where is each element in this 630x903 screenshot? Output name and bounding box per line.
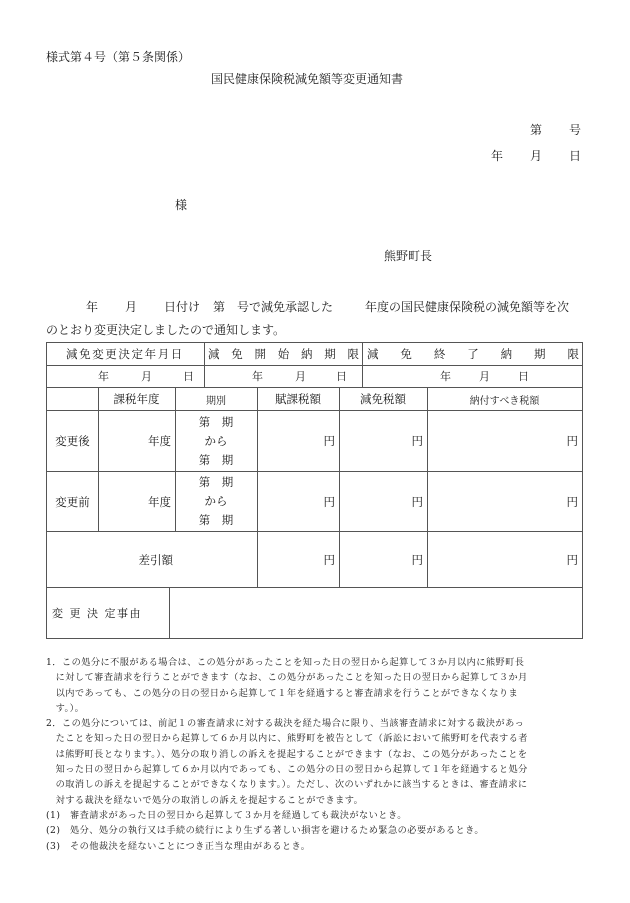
reduction-amount-field[interactable]: 円 bbox=[339, 472, 423, 531]
appeal-notes: 1．この処分に不服がある場合は、この処分があったことを知った日の翌日から起算して… bbox=[46, 655, 591, 854]
note-1: 1．この処分に不服がある場合は、この処分があったことを知った日の翌日から起算して… bbox=[46, 655, 591, 716]
tax-year-field[interactable]: 年度 bbox=[98, 411, 171, 471]
assessed-amount-field[interactable]: 円 bbox=[257, 411, 335, 471]
tax-year-field[interactable]: 年度 bbox=[98, 472, 171, 531]
reduction-difference-field[interactable]: 円 bbox=[339, 532, 423, 587]
date-year: 年 bbox=[491, 149, 503, 163]
row-label: 変更前 bbox=[47, 472, 98, 531]
date-month: 月 bbox=[530, 149, 542, 163]
header-end-period: 減免終了納期限 bbox=[367, 343, 579, 365]
difference-label: 差引額 bbox=[47, 532, 173, 587]
header-start-period: 減免開始納期限 bbox=[208, 343, 359, 365]
date-day: 日 bbox=[569, 149, 581, 163]
col-assessed: 賦課税額 bbox=[257, 388, 339, 410]
payable-difference-field[interactable]: 円 bbox=[427, 532, 578, 587]
installment-range-field[interactable]: 第 期から第 期 bbox=[175, 472, 257, 530]
document-title: 国民健康保険税減免額等変更通知書 bbox=[211, 72, 403, 86]
body-line-2: のとおり変更決定しましたので通知します。 bbox=[46, 323, 285, 337]
assessed-amount-field[interactable]: 円 bbox=[257, 472, 335, 531]
col-payable: 納付すべき税額 bbox=[427, 388, 582, 410]
col-installment: 期別 bbox=[175, 388, 257, 410]
assessed-difference-field[interactable]: 円 bbox=[257, 532, 335, 587]
col-reduction: 減免税額 bbox=[339, 388, 427, 410]
payable-amount-field[interactable]: 円 bbox=[427, 472, 578, 531]
condition-2: (2) 処分、処分の執行又は手続の続行により生ずる著しい損害を避けるため緊急の必… bbox=[46, 823, 591, 838]
header-decision-date: 減免変更決定年月日 bbox=[66, 343, 202, 365]
form-label: 様式第４号（第５条関係） bbox=[46, 50, 190, 64]
note-2: 2．この処分については、前記１の審査請求に対する裁決を経た場合に限り、当該審査請… bbox=[46, 716, 591, 808]
reduction-amount-field[interactable]: 円 bbox=[339, 411, 423, 471]
payable-amount-field[interactable]: 円 bbox=[427, 411, 578, 471]
installment-range-field[interactable]: 第 期から第 期 bbox=[175, 412, 257, 470]
col-tax-year: 課税年度 bbox=[98, 388, 175, 410]
addressee-suffix: 様 bbox=[175, 198, 187, 212]
reason-field[interactable] bbox=[170, 588, 582, 638]
condition-3: (3) その他裁決を経ないことにつき正当な理由があるとき。 bbox=[46, 839, 591, 854]
reason-label: 変 更 決 定事由 bbox=[52, 588, 168, 638]
issuer: 熊野町長 bbox=[384, 249, 432, 263]
note-2-conditions: (1) 審査請求があった日の翌日から起算して３か月を経過しても裁決がないとき。 … bbox=[46, 808, 591, 854]
condition-1: (1) 審査請求があった日の翌日から起算して３か月を経過しても裁決がないとき。 bbox=[46, 808, 591, 823]
doc-number-prefix: 第 bbox=[530, 123, 542, 137]
doc-number-suffix: 号 bbox=[569, 123, 581, 137]
row-label: 変更後 bbox=[47, 411, 98, 471]
